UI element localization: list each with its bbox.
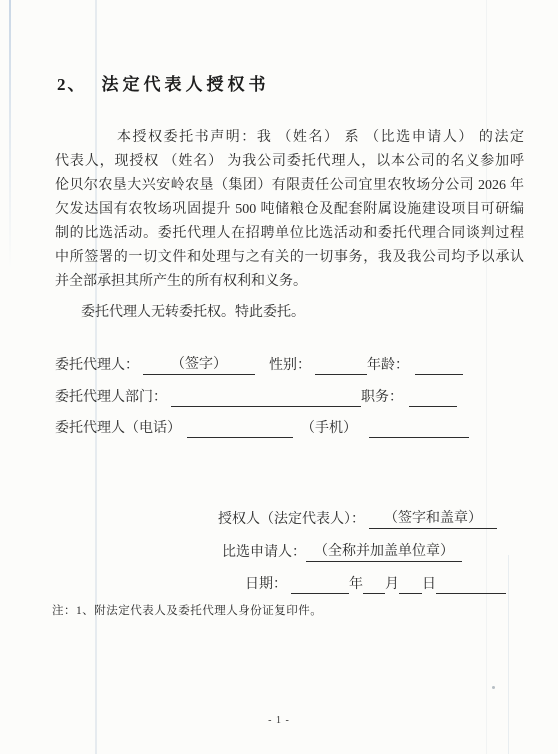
mobile-blank xyxy=(369,419,469,438)
section-number: 2、 xyxy=(57,75,87,94)
year-label: 年 xyxy=(349,577,363,592)
date-row: 日期：年月日 xyxy=(245,575,506,594)
scan-artifact-line xyxy=(486,0,487,754)
page-title: 2、法定代表人授权书 xyxy=(57,70,270,95)
phone-label: 委托代理人（电话） xyxy=(55,421,181,436)
attachment-note: 注：1、附法定代表人及委托代理人身份证复印件。 xyxy=(52,602,322,618)
scan-speck xyxy=(492,686,495,689)
paragraph-line: 本授权委托书声明：我 （姓名） 系 （比选申请人） 的法定 xyxy=(55,126,524,150)
department-blank xyxy=(171,388,361,407)
document-page: 2、法定代表人授权书 本授权委托书声明：我 （姓名） 系 （比选申请人） 的法定… xyxy=(0,0,558,754)
authorization-paragraph: 本授权委托书声明：我 （姓名） 系 （比选申请人） 的法定 代表人，现授权 （姓… xyxy=(55,126,524,294)
phone-blank xyxy=(187,419,293,438)
scan-artifact-line xyxy=(9,0,11,270)
gender-blank xyxy=(315,356,367,375)
applicant-label: 比选申请人： xyxy=(222,545,306,560)
authorizer-row: 授权人（法定代表人）：（签字和盖章） xyxy=(218,510,497,529)
month-label: 月 xyxy=(385,577,399,592)
age-blank xyxy=(415,356,463,375)
authorizer-label: 授权人（法定代表人）： xyxy=(218,512,365,527)
department-label: 委托代理人部门： xyxy=(55,390,167,405)
duty-blank xyxy=(409,388,457,407)
doc-title-text: 法定代表人授权书 xyxy=(102,75,270,94)
day-blank xyxy=(399,575,422,594)
year-blank xyxy=(291,575,349,594)
agent-row: 委托代理人：（签字）性别：年龄： xyxy=(55,356,463,375)
scan-artifact-line xyxy=(95,0,97,754)
paragraph-line: 并全部承担其所产生的所有权利和义务。 xyxy=(55,270,524,294)
paragraph-line: 制的比选活动。委托代理人在招聘单位比选活动和委托代理合同谈判过程 xyxy=(55,222,524,246)
duty-label: 职务： xyxy=(361,390,403,405)
month-blank xyxy=(363,575,385,594)
applicant-row: 比选申请人：（全称并加盖单位章） xyxy=(222,543,462,562)
age-label: 年龄： xyxy=(367,358,409,373)
mobile-label: （手机） xyxy=(301,421,357,436)
applicant-name-blank: （全称并加盖单位章） xyxy=(306,543,462,562)
no-subdelegation-line: 委托代理人无转委托权。特此委托。 xyxy=(55,301,550,325)
paragraph-line: 欠发达国有农牧场巩固提升 500 吨储粮仓及配套附属设施建设项目可研编 xyxy=(55,198,524,222)
department-row: 委托代理人部门：职务： xyxy=(55,388,457,407)
agent-signature-blank: （签字） xyxy=(143,356,255,375)
gender-label: 性别： xyxy=(269,358,311,373)
paragraph-line: 中所签署的一切文件和处理与之有关的一切事务，我及我公司均予以承认 xyxy=(55,246,524,270)
paragraph-line: 伦贝尔农垦大兴安岭农垦（集团）有限责任公司宜里农牧场分公司 2026 年 xyxy=(55,174,524,198)
authorizer-signature-blank: （签字和盖章） xyxy=(369,510,497,529)
page-number: - 1 - xyxy=(0,715,558,726)
agent-label: 委托代理人： xyxy=(55,358,139,373)
paragraph-line: 代表人，现授权 （姓名） 为我公司委托代理人，以本公司的名义参加呼 xyxy=(55,150,524,174)
phone-row: 委托代理人（电话）（手机） xyxy=(55,419,469,438)
date-label: 日期： xyxy=(245,577,287,592)
day-label: 日 xyxy=(422,577,436,592)
date-tail-blank xyxy=(436,575,506,594)
